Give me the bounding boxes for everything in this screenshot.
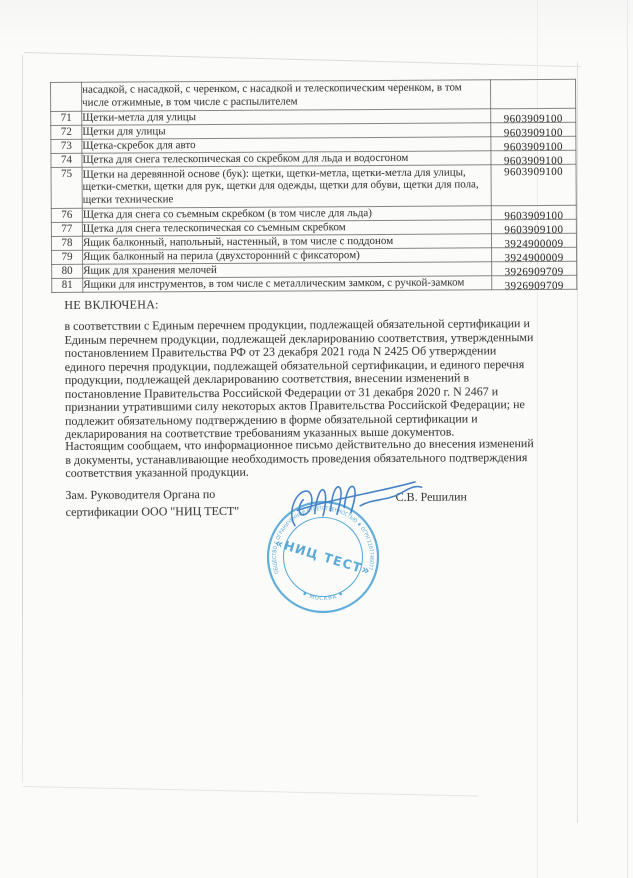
- table-row: насадкой, с насадкой, с черенком, с наса…: [51, 79, 576, 111]
- row-number-cell: 73: [51, 139, 82, 153]
- row-number-cell: 74: [51, 153, 82, 167]
- paper-edge-top: [24, 52, 496, 65]
- row-number-cell: 71: [51, 111, 82, 125]
- row-code-cell: 9603909100: [491, 164, 576, 206]
- paragraph-validity: Настоящим сообщаем, что информационное п…: [65, 437, 538, 480]
- row-number-cell: 79: [52, 250, 83, 264]
- row-number-cell: 75: [51, 167, 82, 209]
- row-code-cell: [490, 79, 575, 108]
- tnved-code: 9603909100: [504, 210, 563, 223]
- scanned-document-page: насадкой, с насадкой, с черенком, с наса…: [0, 0, 633, 878]
- row-description-cell: Щетки на деревянной основе (бук): щетки,…: [82, 164, 491, 208]
- signature-scribble: [283, 477, 433, 532]
- tnved-code: 3924900009: [505, 252, 564, 265]
- product-table: насадкой, с насадкой, с черенком, с наса…: [50, 79, 577, 293]
- scan-fold-line-2: [627, 0, 628, 878]
- tnved-code: 9603909100: [504, 141, 563, 154]
- row-code-cell: 9603909100: [491, 108, 576, 123]
- row-number-cell: [51, 82, 82, 111]
- stamp-center-text: «НИЦ ТЕСТ»: [273, 535, 373, 579]
- tnved-code: 9603909100: [504, 155, 563, 168]
- paper-edge-left: [22, 55, 23, 783]
- tnved-code: 3926909709: [505, 280, 564, 293]
- paragraph-legal-basis: в соответствии с Единым перечнем продукц…: [64, 317, 538, 441]
- table-row: 81Ящики для инструментов, в том числе с …: [52, 275, 577, 292]
- tnved-code: 9603909100: [504, 224, 563, 237]
- paper-edge-bottom: [23, 786, 478, 797]
- row-description-cell: насадкой, с насадкой, с черенком, с наса…: [82, 80, 491, 111]
- tnved-code: 3926909709: [505, 266, 564, 279]
- row-number-cell: 78: [51, 236, 82, 250]
- tnved-code: 9603909100: [504, 113, 563, 126]
- table-row: 75Щетки на деревянной основе (бук): щетк…: [51, 164, 576, 209]
- signatory-role-line1: Зам. Руководителя Органа по: [65, 486, 239, 504]
- product-table-body: насадкой, с насадкой, с черенком, с наса…: [51, 79, 577, 292]
- row-number-cell: 80: [52, 264, 83, 278]
- row-number-cell: 76: [51, 208, 82, 222]
- row-code-cell: 9603909100: [491, 205, 576, 220]
- row-number-cell: 72: [51, 125, 82, 139]
- not-included-heading: НЕ ВКЛЮЧЕНА:: [64, 297, 159, 313]
- row-number-cell: 81: [52, 278, 83, 292]
- signatory-role-line2: сертификации ООО "НИЦ ТЕСТ": [66, 503, 240, 521]
- row-number-cell: 77: [51, 222, 82, 236]
- row-description-cell: Ящики для инструментов, в том числе с ме…: [83, 276, 492, 292]
- tnved-code: 3924900009: [504, 238, 563, 251]
- scan-top-shading: [0, 0, 633, 52]
- document-content: насадкой, с насадкой, с черенком, с наса…: [50, 79, 581, 293]
- signatory-role: Зам. Руководителя Органа по сертификации…: [65, 486, 239, 521]
- tnved-code: 9603909100: [504, 127, 563, 140]
